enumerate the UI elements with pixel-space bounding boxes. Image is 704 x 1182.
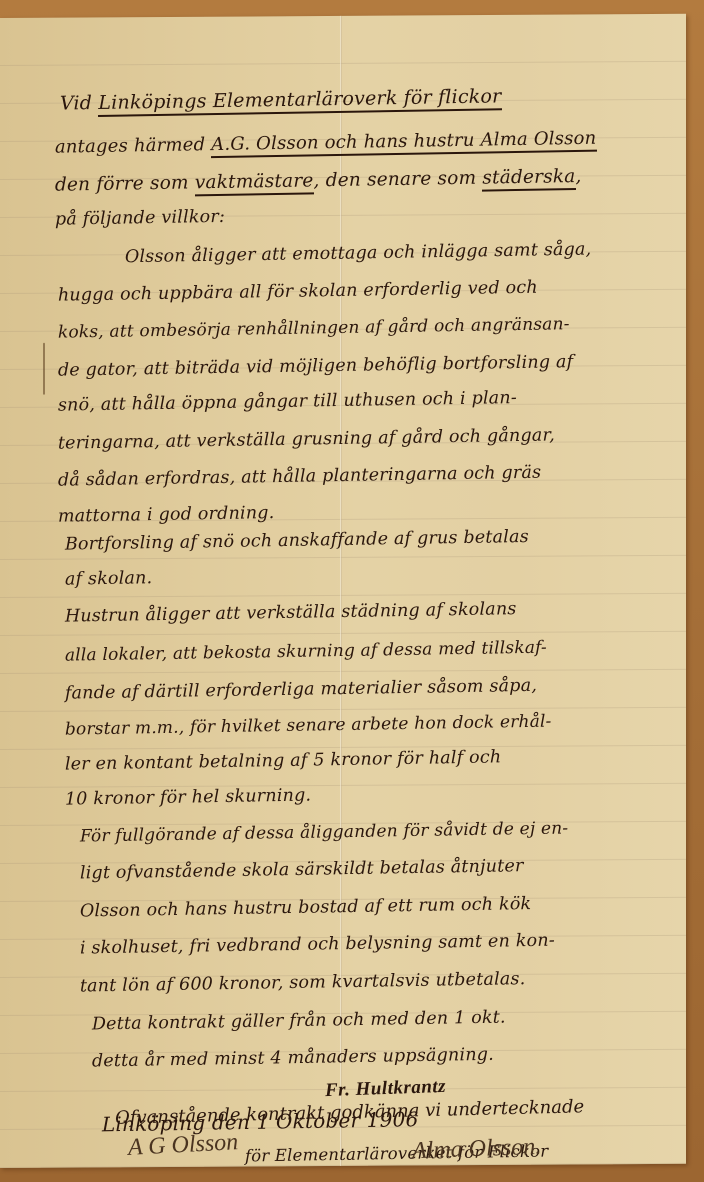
signature-ag-olsson: A G Olsson [127, 1129, 239, 1162]
signature-alma-olsson: Alma Olsson. [412, 1134, 542, 1165]
issuer-signature: Fr. Hultkrantz [325, 1076, 447, 1102]
closing-section: Fr. Hultkrantz Ofvanstående kontrakt god… [0, 0, 704, 1182]
acceptance-line: Ofvanstående kontrakt godkänna vi undert… [115, 1096, 585, 1128]
